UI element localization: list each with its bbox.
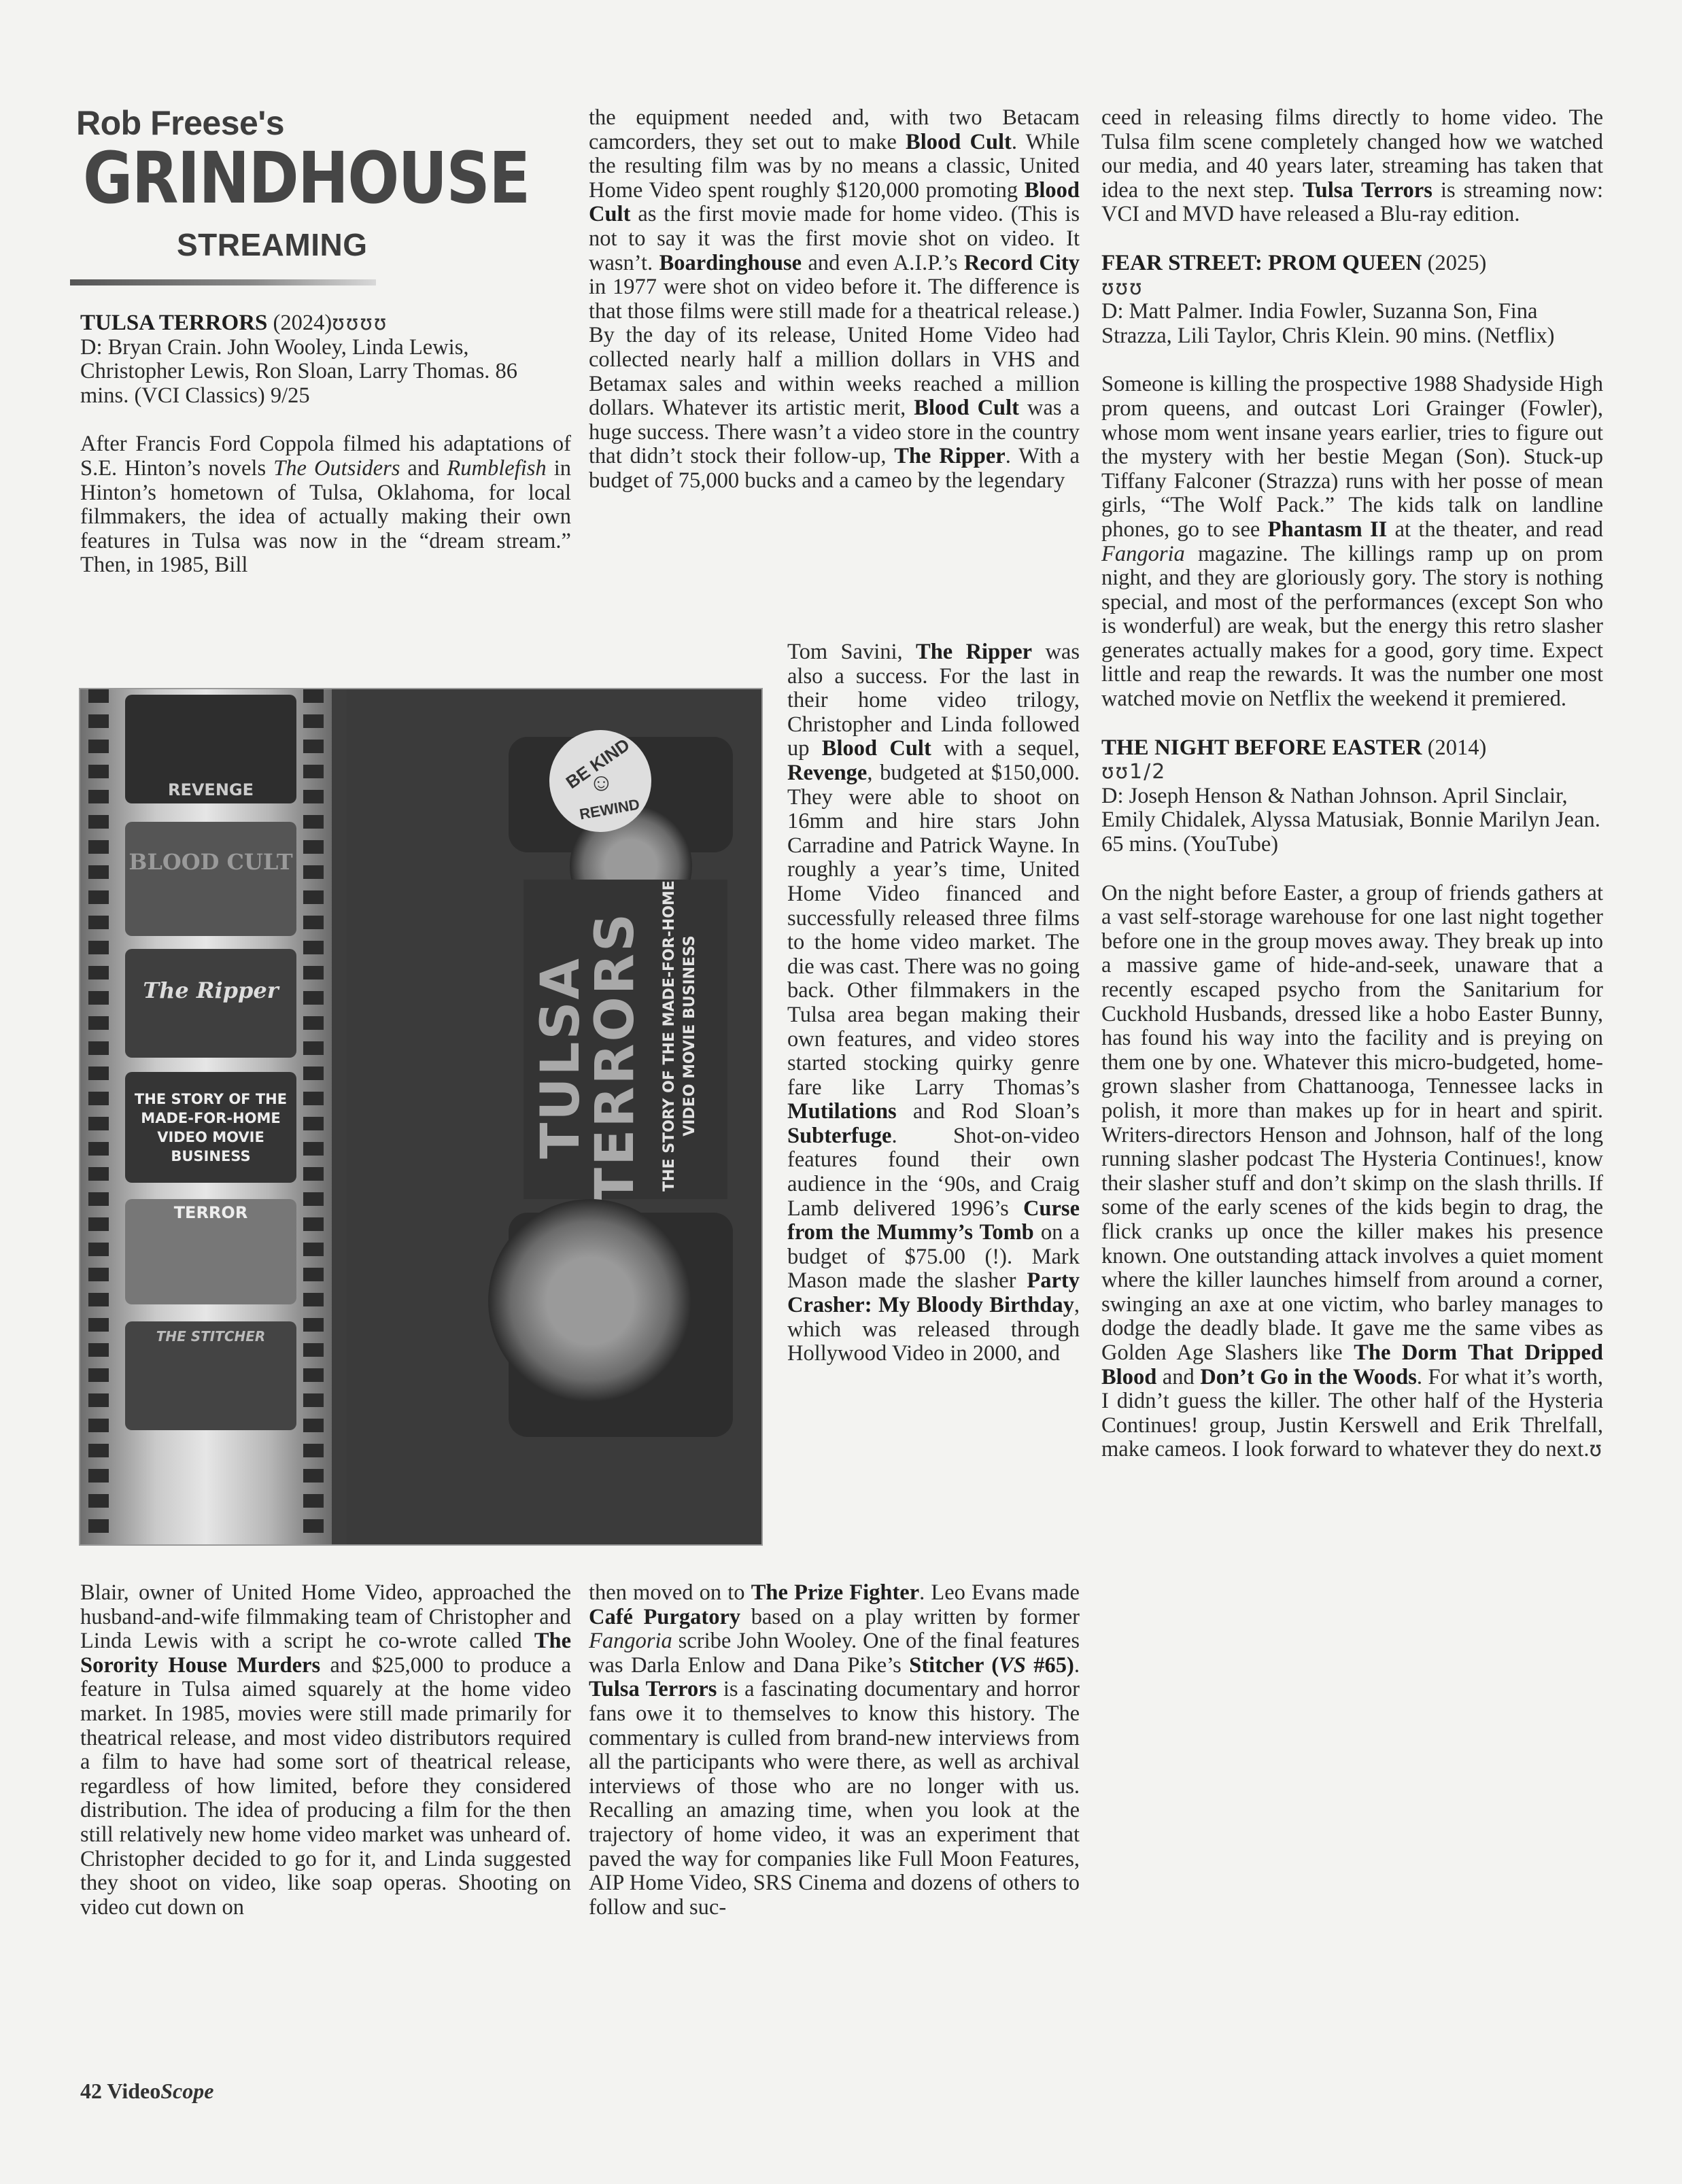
film-frame-the-ripper: The Ripper	[125, 949, 296, 1058]
article-paragraph: Tom Savini, The Ripper was also a succes…	[787, 640, 1080, 1366]
article-paragraph: ceed in releasing films directly to home…	[1101, 106, 1603, 227]
page-number: 42	[80, 2079, 102, 2103]
column-3: ceed in releasing films directly to home…	[1101, 106, 1603, 1462]
rating-skull-icon: ʊʊʊʊ	[332, 311, 388, 335]
review-credits: D: Joseph Henson & Nathan Johnson. April…	[1101, 784, 1603, 857]
column-title: GRINDHOUSE	[83, 143, 529, 213]
rating-skull-icon: ʊʊʊ	[1101, 276, 1603, 300]
review-year: (2025)	[1428, 251, 1487, 275]
review-credits: D: Matt Palmer. India Fowler, Suzanna So…	[1101, 300, 1603, 348]
tulsa-terrors-cover-image: REVENGE BLOOD CULT The Ripper THE STORY …	[79, 688, 763, 1546]
tape-label: TULSA TERRORS THE STORY OF THE MADE-FOR-…	[524, 880, 727, 1199]
review-header-fear-street: FEAR STREET: PROM QUEEN (2025)	[1101, 252, 1603, 276]
review-title: TULSA TERRORS	[80, 311, 267, 335]
column-2-top: the equipment needed and, with two Betac…	[589, 106, 1080, 493]
magazine-name: VideoScope	[107, 2079, 213, 2103]
review-title: FEAR STREET: PROM QUEEN	[1101, 251, 1422, 275]
review-year: (2014)	[1428, 735, 1487, 760]
article-paragraph: then moved on to The Prize Fighter. Leo …	[589, 1581, 1080, 1920]
filmstrip: REVENGE BLOOD CULT The Ripper THE STORY …	[80, 689, 332, 1544]
column-1-bottom: Blair, owner of United Home Video, appro…	[80, 1581, 571, 1920]
cover-subtitle: THE STORY OF THE MADE-FOR-HOME VIDEO MOV…	[659, 876, 700, 1196]
tape-window	[509, 1213, 733, 1437]
end-mark-icon: ʊ	[1589, 1438, 1603, 1461]
review-year: (2024)	[273, 311, 332, 335]
page-footer: 42 VideoScope	[80, 2079, 213, 2104]
sprocket-holes	[88, 689, 109, 1544]
article-paragraph: the equipment needed and, with two Betac…	[589, 106, 1080, 493]
vhs-tape: BE KIND ☺ REWIND TULSA TERRORS THE STORY…	[347, 689, 763, 1544]
rating-skull-icon: ʊʊ1/2	[1101, 760, 1603, 784]
film-frame-terror: TERROR	[125, 1199, 296, 1304]
column-2-wrap: Tom Savini, The Ripper was also a succes…	[787, 640, 1080, 1366]
masthead-divider	[70, 279, 376, 285]
review-header-night-before-easter: THE NIGHT BEFORE EASTER (2014)	[1101, 736, 1603, 761]
column-1-top: TULSA TERRORS (2024)ʊʊʊʊ D: Bryan Crain.…	[80, 311, 571, 578]
review-body: Someone is killing the prospective 1988 …	[1101, 372, 1603, 711]
article-paragraph: After Francis Ford Coppola filmed his ad…	[80, 432, 571, 578]
review-header-tulsa-terrors: TULSA TERRORS (2024)ʊʊʊʊ	[80, 311, 571, 336]
film-frame-blood-cult: BLOOD CULT	[125, 822, 296, 936]
smiley-icon: ☺	[589, 768, 614, 797]
review-title: THE NIGHT BEFORE EASTER	[1101, 735, 1422, 760]
article-paragraph: Blair, owner of United Home Video, appro…	[80, 1581, 571, 1920]
review-body: On the night before Easter, a group of f…	[1101, 882, 1603, 1462]
cover-title: TULSA TERRORS	[534, 895, 642, 1221]
sprocket-holes	[303, 689, 324, 1544]
film-frame-story-text: THE STORY OF THE MADE-FOR-HOME VIDEO MOV…	[125, 1072, 296, 1183]
film-frame-the-stitcher: THE STITCHER	[125, 1321, 296, 1430]
film-frame-revenge: REVENGE	[125, 695, 296, 803]
tape-reel	[488, 1199, 692, 1403]
column-2-bottom: then moved on to The Prize Fighter. Leo …	[589, 1581, 1080, 1920]
review-credits: D: Bryan Crain. John Wooley, Linda Lewis…	[80, 336, 571, 409]
column-subtitle: STREAMING	[177, 226, 368, 263]
be-kind-rewind-sticker: BE KIND ☺ REWIND	[549, 730, 651, 832]
